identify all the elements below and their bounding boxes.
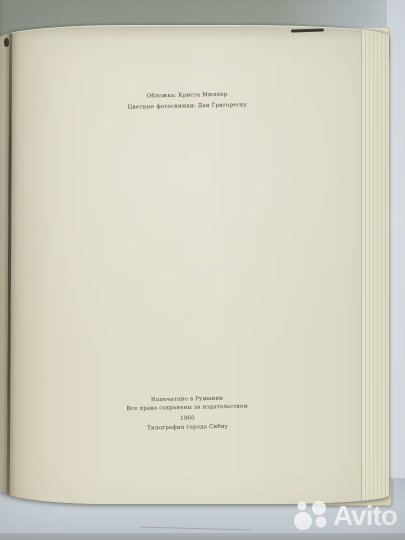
book-page: Обложка: Криста Мюллер Цветные фотоснимк… — [0, 25, 389, 504]
avito-logo-icon — [293, 498, 333, 534]
avito-watermark: Avito — [293, 498, 397, 534]
window-sill-right — [387, 0, 405, 540]
credits-text-block: Обложка: Криста Мюллер Цветные фотоснимк… — [75, 88, 300, 114]
book-photo: Обложка: Криста Мюллер Цветные фотоснимк… — [0, 0, 405, 540]
page-fore-edge — [361, 30, 389, 501]
avito-watermark-text: Avito — [333, 498, 397, 534]
sill-front-edge — [0, 533, 405, 540]
colophon-text-block: Напечатано в Румынии Все права сохранены… — [75, 393, 300, 434]
book-gutter-shadow — [7, 32, 12, 500]
book-cover-corner — [4, 38, 9, 47]
